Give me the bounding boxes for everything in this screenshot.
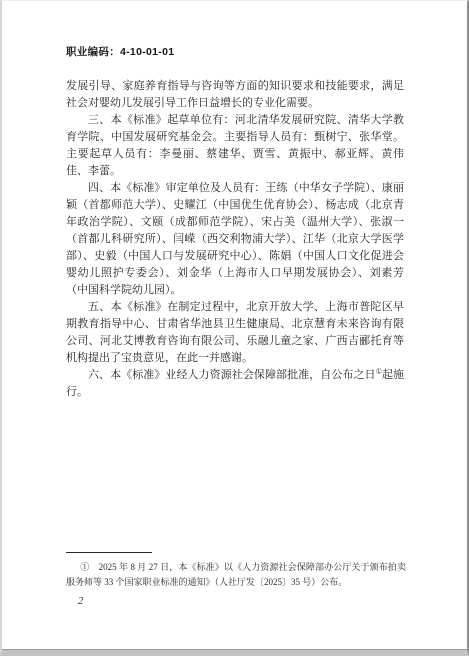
paragraph-drafting-units: 三、本《标准》起草单位有：河北清华发展研究院、清华大学教育学院、中国发展研究基金…: [66, 112, 404, 180]
occupation-code-header: 职业编码：4-10-01-01: [66, 44, 174, 59]
paragraph-continuation: 发展引导、家庭养育指导与咨询等方面的知识要求和技能要求，满足社会对婴幼儿发展引导…: [66, 78, 404, 112]
paragraph-acknowledgements: 五、本《标准》在制定过程中，北京开放大学、上海市普陀区早期教育指导中心、甘肃省华…: [66, 299, 404, 367]
body-text-block: 发展引导、家庭养育指导与咨询等方面的知识要求和技能要求，满足社会对婴幼儿发展引导…: [66, 78, 404, 401]
footnote-text: ① 2025 年 8 月 27 日，本《标准》以《人力资源社会保障部办公厅关于颁…: [66, 560, 406, 590]
approval-text: 六、本《标准》业经人力资源社会保障部批准，自公布之日: [88, 369, 376, 381]
paragraph-review-panel: 四、本《标准》审定单位及人员有：王练（中华女子学院）、康丽颖（首都师范大学）、史…: [66, 180, 404, 299]
footnote-separator-rule: [66, 552, 152, 553]
document-page: 职业编码：4-10-01-01 发展引导、家庭养育指导与咨询等方面的知识要求和技…: [0, 0, 469, 656]
paragraph-approval: 六、本《标准》业经人力资源社会保障部批准，自公布之日①起施行。: [66, 367, 404, 401]
page-number: 2: [78, 596, 83, 607]
